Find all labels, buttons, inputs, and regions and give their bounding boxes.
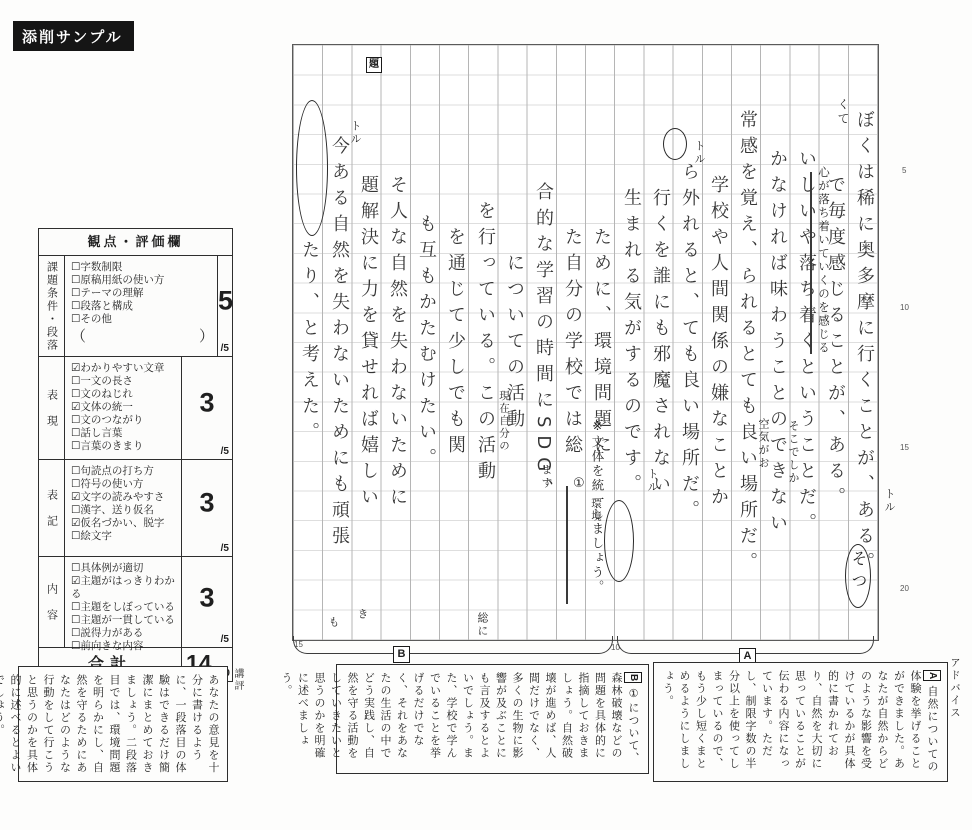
checkbox-item: ☐言葉のきまり (71, 440, 179, 453)
checkbox-item: ☑わかりやすい文章 (71, 362, 179, 375)
score-denominator: /5 (221, 343, 229, 354)
correction-circle (296, 100, 328, 236)
advice-a-marker: A (923, 670, 941, 681)
correction-toru: トル (883, 488, 896, 514)
score-value: 5 (218, 286, 232, 317)
correction-circled-one: ① (573, 477, 587, 490)
essay-column: 今ある自然を失わないためにも頑張 (323, 45, 352, 640)
correction-insert-sokodeshika: そこでしか (787, 420, 800, 485)
essay-column: についての活動 (498, 45, 527, 640)
rubric-category-content: 内 容 (39, 557, 65, 647)
checkbox-item: ☐テーマの理解 (71, 287, 215, 300)
advice-b-text: ①について、森林破壊などの問題を具体的に指摘しておきましょう。自然破壊が進めば、… (280, 672, 639, 764)
checkbox-item: ☐主題をしぼっている (71, 601, 179, 614)
advice-panel-a: A自然についての体験を挙げることができました。あなたが自然からどのような影響を受… (653, 662, 948, 782)
rubric-score-task: 5 /5 (218, 256, 232, 356)
rubric-note-bracket: （ ） (71, 330, 215, 343)
essay-column: 常感を覚え、られるとても良い場所だ。 (731, 45, 760, 640)
correction-insert-souni: 総に (476, 612, 489, 638)
checkbox-item: ☐説得力がある (71, 627, 179, 640)
rubric-score-content: 3 /5 (182, 557, 232, 647)
checkbox-item: ☐原稿用紙の使い方 (71, 274, 215, 287)
evaluation-rubric-table: 観点・評価欄 課題条件・段落 ☐字数制限 ☐原稿用紙の使い方 ☐テーマの理解 ☐… (38, 228, 233, 682)
checkbox-item: ☐一文の長さ (71, 375, 179, 388)
checkbox-item: ☐文のつながり (71, 414, 179, 427)
correction-insert-ki: き (356, 608, 369, 621)
score-denominator: /5 (221, 634, 229, 645)
score-value: 3 (182, 387, 232, 418)
score-denominator: /5 (221, 543, 229, 554)
essay-column: も互もかたむけたい。 (410, 45, 439, 640)
checkbox-item: ☐符号の使い方 (71, 478, 179, 491)
rubric-row-content: 内 容 ☐具体例が適切 ☑主題がはっきりわかる ☐主題をしぼっている ☐主題が一… (39, 557, 232, 648)
checkbox-item: ☐句読点の打ち方 (71, 465, 179, 478)
rubric-checklist-notation: ☐句読点の打ち方 ☐符号の使い方 ☑文字の読みやすさ ☐漢字、送り仮名 ☑仮名づ… (65, 460, 182, 556)
checkbox-item: ☐絵文字 (71, 530, 179, 543)
checkbox-item: ☐具体例が適切 (71, 562, 179, 575)
checkbox-item: ☐前向きな内容 (71, 640, 179, 653)
checkbox-item: ☑仮名づかい、脱字 (71, 517, 179, 530)
rubric-category-task: 課題条件・段落 (39, 256, 65, 356)
rubric-header: 観点・評価欄 (39, 229, 232, 256)
checkbox-item: ☑文字の読みやすさ (71, 491, 179, 504)
score-value: 3 (182, 582, 232, 613)
row-number: 20 (900, 584, 909, 593)
row-number: 15 (900, 443, 909, 452)
essay-column: いしいや落ち着くということだ。 (790, 45, 819, 640)
emphasis-line (566, 486, 568, 604)
manuscript-sheet: ぼくは稀に奥多摩に行くことが、ある。 で毎度感じることが、ある。 いしいや落ち着… (292, 44, 879, 641)
checkbox-item: ☐段落と構成 (71, 300, 215, 313)
essay-column: を行っている。この活動 (469, 45, 498, 640)
checkbox-item: ☑文体の統一 (71, 401, 179, 414)
advice-panel-b: B①について、森林破壊などの問題を具体的に指摘しておきましょう。自然破壊が進めば… (336, 664, 649, 774)
correction-insert-mo: も (327, 616, 340, 629)
essay-column: かなければ味わうことのできない (761, 45, 790, 640)
rubric-category-notation: 表 記 (39, 460, 65, 556)
correction-circle (663, 128, 687, 160)
rubric-checklist-expression: ☑わかりやすい文章 ☐一文の長さ ☐文のねじれ ☑文体の統一 ☐文のつながり ☐… (65, 357, 182, 459)
critique-label: 講評 (230, 668, 245, 692)
paragraph-line (810, 172, 812, 354)
rubric-checklist-content: ☐具体例が適切 ☑主題がはっきりわかる ☐主題をしぼっている ☐主題が一貫してい… (65, 557, 182, 647)
correction-toru: トル (693, 140, 706, 166)
correction-circle (845, 544, 871, 608)
rubric-row-task: 課題条件・段落 ☐字数制限 ☐原稿用紙の使い方 ☐テーマの理解 ☐段落と構成 ☐… (39, 256, 232, 357)
advice-a-text: 自然についての体験を挙げることができました。あなたが自然からどのような影響を受け… (662, 670, 939, 773)
row-number: 5 (902, 166, 906, 175)
essay-column: 学校や人間関係の嫌なことか (702, 45, 731, 640)
correction-note-kokoro: 心が落ち着いていくのを感じる (817, 166, 830, 355)
rubric-checklist-task: ☐字数制限 ☐原稿用紙の使い方 ☐テーマの理解 ☐段落と構成 ☐その他 （ ） (65, 256, 218, 356)
rubric-category-expression: 表 現 (39, 357, 65, 459)
correction-circle (604, 500, 634, 582)
checkbox-item: ☑主題がはっきりわかる (71, 575, 179, 601)
correction-insert-kute: くて (836, 98, 849, 126)
checkbox-item: ☐主題が一貫している (71, 614, 179, 627)
underbrace-b (293, 636, 613, 654)
advice-header-label: アドバイス (948, 657, 963, 720)
correction-toru: トル (646, 468, 659, 494)
essay-column: そ人な自然を失わないために (381, 45, 410, 640)
correction-insert-masu: ます (540, 464, 553, 490)
row-number: 10 (900, 303, 909, 312)
correction-note-kankyou: 環境 (589, 498, 602, 523)
essay-column: を通じて少しでも関 (439, 45, 468, 640)
rubric-row-notation: 表 記 ☐句読点の打ち方 ☐符号の使い方 ☑文字の読みやすさ ☐漢字、送り仮名 … (39, 460, 232, 557)
checkbox-item: ☐文のねじれ (71, 388, 179, 401)
rubric-row-expression: 表 現 ☑わかりやすい文章 ☐一文の長さ ☐文のねじれ ☑文体の統一 ☐文のつな… (39, 357, 232, 460)
checkbox-item: ☐その他 (71, 313, 215, 326)
correction-insert-genzai: 現在自分の (497, 390, 510, 453)
critique-panel: あなたの意見を十分に書けるように、一段落目の体験はできるだけ簡潔にまとめておきま… (18, 666, 228, 782)
sample-title-label: 添削サンプル (13, 21, 134, 51)
critique-text: あなたの意見を十分に書けるように、一段落目の体験はできるだけ簡潔にまとめておきま… (0, 674, 219, 774)
corrected-essay-scan: { "page_label": "添削サンプル", "rubric": { "h… (0, 0, 972, 830)
checkbox-item: ☐字数制限 (71, 261, 215, 274)
score-denominator: /5 (221, 446, 229, 457)
rubric-score-notation: 3 /5 (182, 460, 232, 556)
checkbox-item: ☐漢字、送り仮名 (71, 504, 179, 517)
correction-toru: トル (349, 120, 362, 146)
rubric-score-expression: 3 /5 (182, 357, 232, 459)
correction-stamp-dai: 題 (366, 57, 382, 73)
correction-insert-kuukigao: 空気がお (757, 418, 770, 470)
score-value: 3 (182, 488, 232, 519)
checkbox-item: ☐話し言葉 (71, 427, 179, 440)
essay-column: 合的な学習の時間にSDG、 (527, 45, 556, 640)
advice-b-marker: B (624, 672, 642, 683)
essay-column: た自分の学校では総 (556, 45, 585, 640)
marker-b: B (393, 646, 410, 663)
